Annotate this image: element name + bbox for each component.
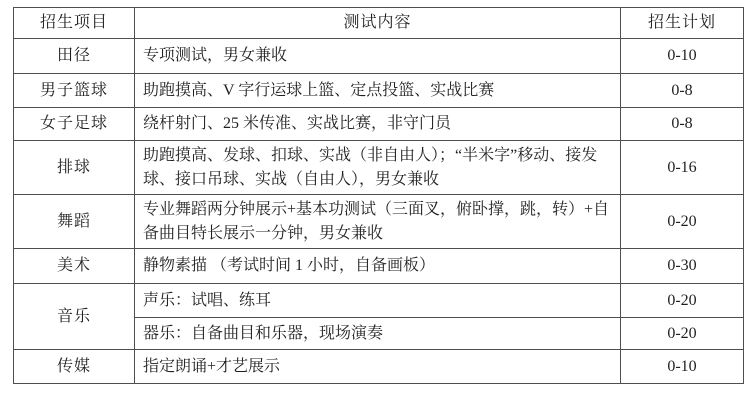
plan-cell: 0-16 bbox=[621, 141, 744, 195]
project-cell: 女子足球 bbox=[14, 108, 135, 141]
header-plan: 招生计划 bbox=[621, 8, 744, 39]
test-content-cell: 指定朗诵+才艺展示 bbox=[135, 350, 621, 384]
header-project: 招生项目 bbox=[14, 8, 135, 39]
header-test-content: 测试内容 bbox=[135, 8, 621, 39]
test-content-cell: 专业舞蹈两分钟展示+基本功测试（三面叉，俯卧撑，跳，转）+自备曲目特长展示一分钟… bbox=[135, 195, 621, 249]
table-row: 舞蹈 专业舞蹈两分钟展示+基本功测试（三面叉，俯卧撑，跳，转）+自备曲目特长展示… bbox=[14, 195, 744, 249]
plan-cell: 0-20 bbox=[621, 195, 744, 249]
test-content-cell: 器乐：自备曲目和乐器，现场演奏 bbox=[135, 318, 621, 350]
table-row: 音乐 声乐：试唱、练耳 0-20 bbox=[14, 284, 744, 318]
project-cell: 美术 bbox=[14, 249, 135, 284]
plan-cell: 0-8 bbox=[621, 74, 744, 108]
project-cell: 舞蹈 bbox=[14, 195, 135, 249]
test-content-cell: 助跑摸高、V 字行运球上篮、定点投篮、实战比赛 bbox=[135, 74, 621, 108]
table-row: 传媒 指定朗诵+才艺展示 0-10 bbox=[14, 350, 744, 384]
plan-cell: 0-20 bbox=[621, 318, 744, 350]
plan-cell: 0-30 bbox=[621, 249, 744, 284]
table-row: 排球 助跑摸高、发球、扣球、实战（非自由人）；“半米字”移动、接发球、接口吊球、… bbox=[14, 141, 744, 195]
header-row: 招生项目 测试内容 招生计划 bbox=[14, 8, 744, 39]
table-row: 美术 静物素描 （考试时间 1 小时，自备画板） 0-30 bbox=[14, 249, 744, 284]
plan-cell: 0-10 bbox=[621, 350, 744, 384]
plan-cell: 0-8 bbox=[621, 108, 744, 141]
test-content-cell: 声乐：试唱、练耳 bbox=[135, 284, 621, 318]
table-row: 男子篮球 助跑摸高、V 字行运球上篮、定点投篮、实战比赛 0-8 bbox=[14, 74, 744, 108]
test-content-cell: 专项测试，男女兼收 bbox=[135, 39, 621, 74]
plan-cell: 0-10 bbox=[621, 39, 744, 74]
project-cell: 音乐 bbox=[14, 284, 135, 350]
project-cell: 田径 bbox=[14, 39, 135, 74]
test-content-cell: 静物素描 （考试时间 1 小时，自备画板） bbox=[135, 249, 621, 284]
table-row: 女子足球 绕杆射门、25 米传准、实战比赛，非守门员 0-8 bbox=[14, 108, 744, 141]
table-row: 田径 专项测试，男女兼收 0-10 bbox=[14, 39, 744, 74]
test-content-cell: 助跑摸高、发球、扣球、实战（非自由人）；“半米字”移动、接发球、接口吊球、实战（… bbox=[135, 141, 621, 195]
project-cell: 传媒 bbox=[14, 350, 135, 384]
project-cell: 男子篮球 bbox=[14, 74, 135, 108]
plan-cell: 0-20 bbox=[621, 284, 744, 318]
admissions-table: 招生项目 测试内容 招生计划 田径 专项测试，男女兼收 0-10 男子篮球 助跑… bbox=[13, 7, 744, 384]
test-content-cell: 绕杆射门、25 米传准、实战比赛，非守门员 bbox=[135, 108, 621, 141]
project-cell: 排球 bbox=[14, 141, 135, 195]
